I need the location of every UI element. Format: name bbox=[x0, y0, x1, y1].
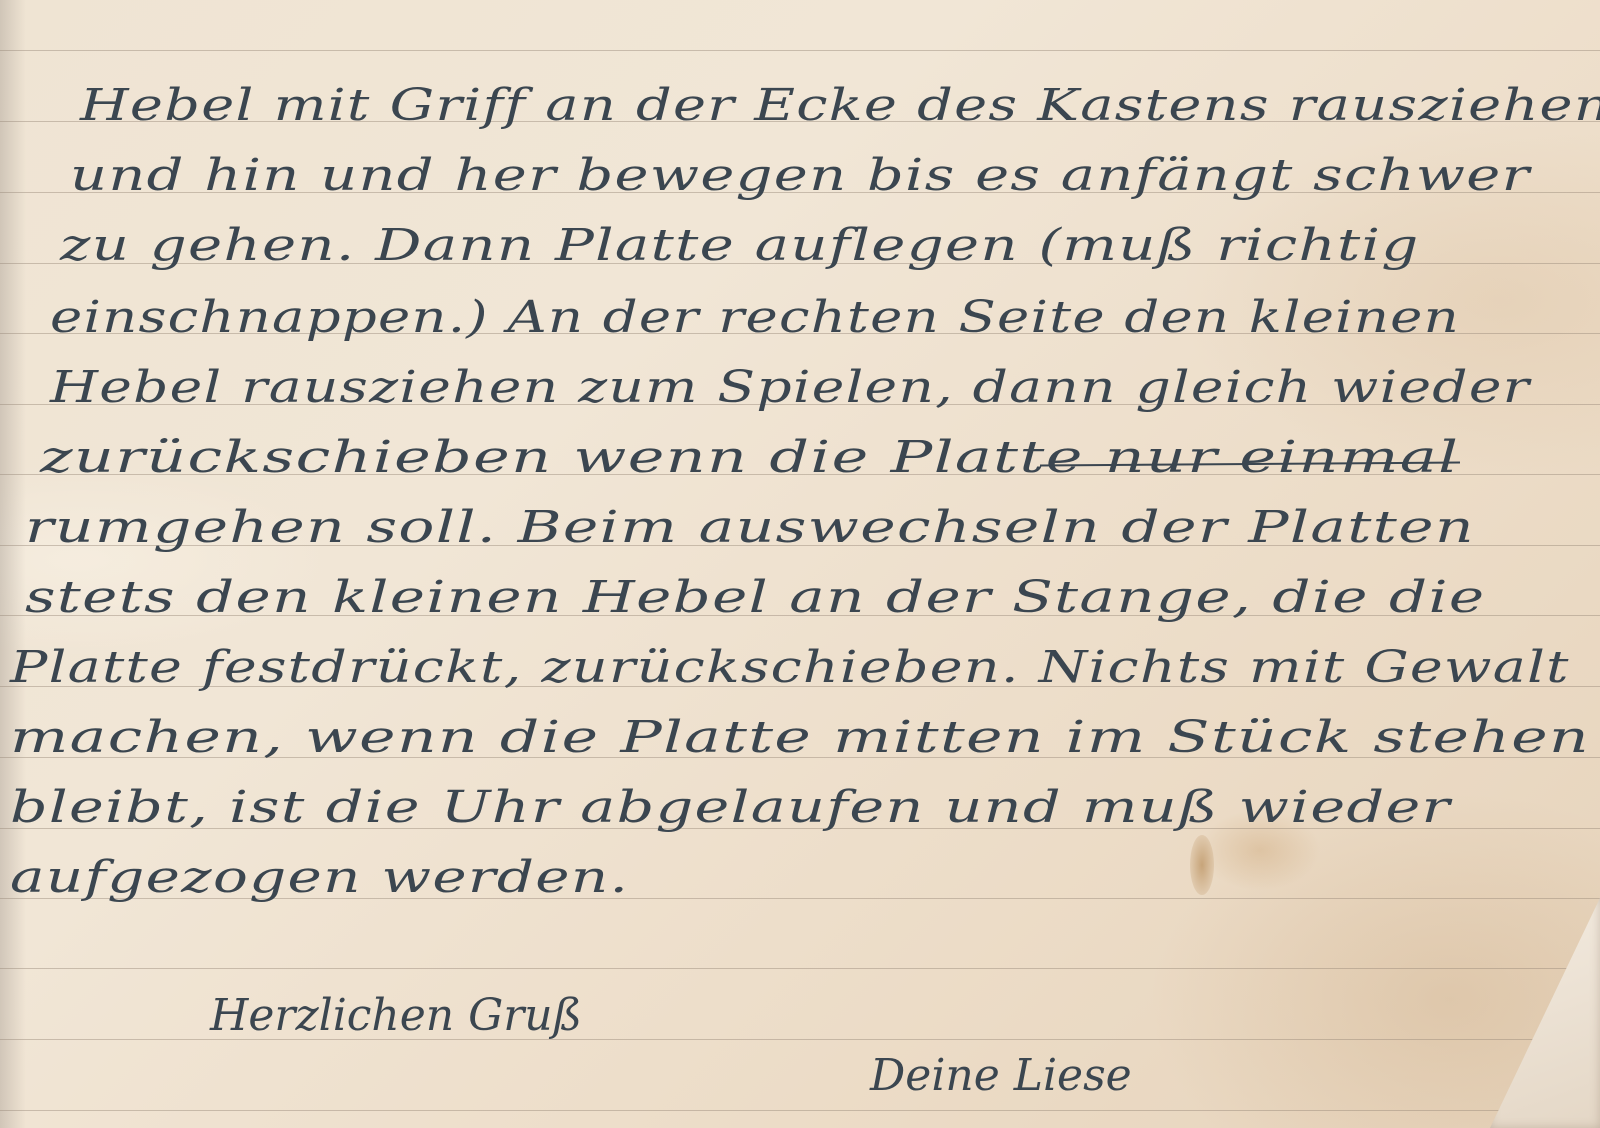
letter-line-7: rumgehen soll. Beim auswechseln der Plat… bbox=[25, 502, 1475, 553]
letter-line-5: Hebel rausziehen zum Spielen, dann gleic… bbox=[50, 362, 1530, 413]
letter-line-2: und hin und her bewegen bis es anfängt s… bbox=[70, 150, 1530, 201]
letter-line-11: bleibt, ist die Uhr abgelaufen und muß w… bbox=[10, 782, 1451, 833]
letter-line-10: machen, wenn die Platte mitten im Stück … bbox=[10, 712, 1590, 763]
letter-paper: Hebel mit Griff an der Ecke des Kastens … bbox=[0, 0, 1600, 1128]
letter-line-9: Platte festdrückt, zurückschieben. Nicht… bbox=[10, 642, 1570, 693]
letter-line-8: stets den kleinen Hebel an der Stange, d… bbox=[25, 572, 1485, 623]
letter-line-6: zurückschieben wenn die Platte nur einma… bbox=[40, 432, 1459, 483]
ruled-line bbox=[0, 968, 1600, 969]
letter-line-1: Hebel mit Griff an der Ecke des Kastens … bbox=[80, 80, 1600, 131]
letter-line-12: aufgezogen werden. bbox=[10, 852, 629, 903]
ruled-line bbox=[0, 50, 1600, 51]
letter-signature: Deine Liese bbox=[870, 1050, 1132, 1101]
letter-closing: Herzlichen Gruß bbox=[210, 990, 582, 1041]
ruled-line bbox=[0, 1110, 1600, 1111]
letter-line-4: einschnappen.) An der rechten Seite den … bbox=[50, 292, 1460, 343]
letter-line-3: zu gehen. Dann Platte auflegen (muß rich… bbox=[60, 220, 1419, 271]
paper-edge-shadow bbox=[0, 0, 26, 1128]
paper-stain bbox=[1190, 835, 1214, 895]
